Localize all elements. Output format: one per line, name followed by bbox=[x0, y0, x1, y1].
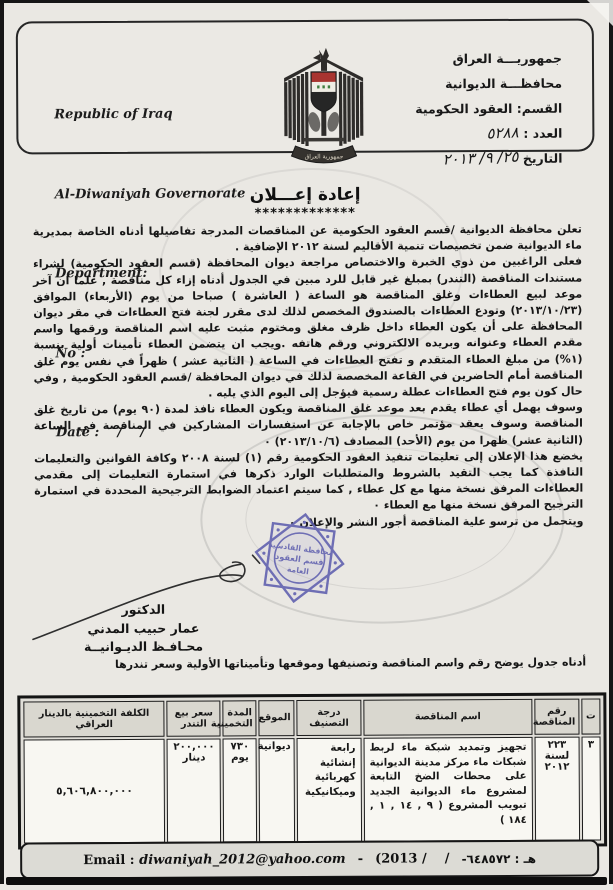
col-header-seq: ت bbox=[581, 698, 600, 734]
table-intro-note: أدناه جدول يوضح رقم واسم المناقصة وتصنيف… bbox=[115, 656, 586, 671]
cell-tender-price: ٢٠٠,٠٠٠ دينار bbox=[167, 738, 222, 842]
col-header-location: الموقع bbox=[259, 700, 295, 736]
republic-of-iraq-line: Republic of Iraq bbox=[54, 101, 245, 128]
date-line-ar: التاريخ ٢٥/ ٩/ ٢٠١٣ bbox=[415, 146, 562, 172]
paragraph-intro: تعلن محافظة الديوانية /قسم العقود الحكوم… bbox=[33, 222, 582, 257]
col-header-duration: المدة التخمينية bbox=[223, 700, 257, 736]
cell-classification: رابعة إنشائية كهربائية وميكانيكية bbox=[297, 738, 362, 842]
title-asterisk-underline: ************* bbox=[0, 204, 612, 222]
signatory-honorific: الدكتور bbox=[56, 600, 231, 619]
cell-tender-number: ٢٢٣ لسنة ٢٠١٢ bbox=[534, 737, 580, 841]
table-row: ٣ ٢٢٣ لسنة ٢٠١٢ تجهيز وتمديد شبكة ماء لر… bbox=[24, 736, 602, 843]
signatory-name: عمار حبيب المدني bbox=[56, 619, 231, 638]
republic-line-ar: جمهوريـــة العراق bbox=[415, 46, 562, 72]
scan-edge-left bbox=[0, 0, 4, 884]
number-line-ar: العدد : ٥٢٨٨ bbox=[415, 121, 562, 147]
email-line: Email : diwaniyah_2012@yahoo.com bbox=[83, 852, 345, 868]
date-handwritten-value: ٢٥/ ٩/ ٢٠١٣ bbox=[442, 145, 519, 173]
cell-seq: ٣ bbox=[581, 736, 601, 840]
governorate-line-ar: محافظـــة الديوانية bbox=[415, 71, 562, 97]
email-label: Email : bbox=[83, 853, 139, 868]
duration-value: ٧٣٠ bbox=[227, 741, 253, 752]
date-label: التاريخ bbox=[523, 151, 563, 166]
col-header-tender-name: اسم المناقصة bbox=[363, 699, 532, 736]
number-handwritten-value: ٥٢٨٨ bbox=[486, 120, 519, 146]
contact-footer-bar: Email : diwaniyah_2012@yahoo.com - (2013… bbox=[20, 839, 599, 879]
scanned-document-page: Republic of Iraq Al-Diwaniyah Governorat… bbox=[0, 0, 613, 890]
footer-dash: - bbox=[358, 852, 363, 867]
cell-estimated-cost: ٥,٦٠٦,٨٠٠,٠٠٠ bbox=[24, 739, 166, 844]
cell-location: ديوانية bbox=[259, 738, 296, 842]
signature-block: الدكتور عمار حبيب المدني محـافـظ الديـوا… bbox=[56, 600, 231, 656]
duration-unit: يوم bbox=[227, 752, 253, 763]
table-header-row: ت رقم المناقصة اسم المناقصة درجة التصنيف… bbox=[23, 698, 600, 737]
paragraph-instructions: فعلى الراغبين من ذوي الخبرة والاختصاص مر… bbox=[33, 254, 583, 403]
emblem-banner-text: جمهورية العراق bbox=[305, 153, 344, 160]
scan-edge-top bbox=[0, 0, 613, 3]
cell-tender-name: تجهيز وتمديد شبكة ماء لربط شبكات ماء مرك… bbox=[363, 737, 532, 842]
iraq-eagle-emblem-icon: جمهورية العراق bbox=[281, 48, 367, 170]
tender-number-line1: ٢٢٣ لسنة bbox=[538, 740, 575, 762]
section-line-ar: القسم: العقود الحكومية bbox=[415, 96, 562, 122]
col-header-tender-number: رقم المناقصة bbox=[534, 699, 579, 735]
price-unit: دينار bbox=[171, 752, 217, 763]
email-address: diwaniyah_2012@yahoo.com bbox=[139, 852, 346, 868]
tender-table-wrapper: ت رقم المناقصة اسم المناقصة درجة التصنيف… bbox=[17, 692, 607, 849]
tender-number-line2: ٢٠١٢ bbox=[538, 762, 575, 773]
number-label: العدد : bbox=[523, 126, 562, 141]
footer-date-part: (2013 / / bbox=[375, 851, 450, 866]
signatory-position: محـافـظ الديـوانيــة bbox=[56, 637, 231, 656]
price-value: ٢٠٠,٠٠٠ bbox=[171, 741, 217, 752]
scan-edge-bottom-bar bbox=[6, 877, 607, 885]
announcement-title: إعادة إعـــلان bbox=[0, 183, 612, 206]
col-header-estimated-cost: الكلفة التخمينية بالدينار العراقي bbox=[23, 701, 165, 738]
scan-edge-right bbox=[609, 0, 613, 884]
col-header-classification: درجة التصنيف bbox=[297, 700, 362, 736]
tender-table: ت رقم المناقصة اسم المناقصة درجة التصنيف… bbox=[21, 696, 603, 845]
announcement-body: تعلن محافظة الديوانية /قسم العقود الحكوم… bbox=[33, 222, 584, 533]
footer-phone: هـ : ٦٤٨٥٧٢- bbox=[462, 851, 537, 865]
page-corner-fold bbox=[587, 0, 613, 26]
cell-duration: ٧٣٠ يوم bbox=[223, 738, 257, 842]
letterhead-box: Republic of Iraq Al-Diwaniyah Governorat… bbox=[16, 18, 595, 154]
paragraph-validity-conference: وسوف يهمل أي عطاء يقدم بعد موعد غلق المن… bbox=[34, 400, 583, 451]
letterhead-arabic: جمهوريـــة العراق محافظـــة الديوانية ال… bbox=[415, 46, 563, 172]
